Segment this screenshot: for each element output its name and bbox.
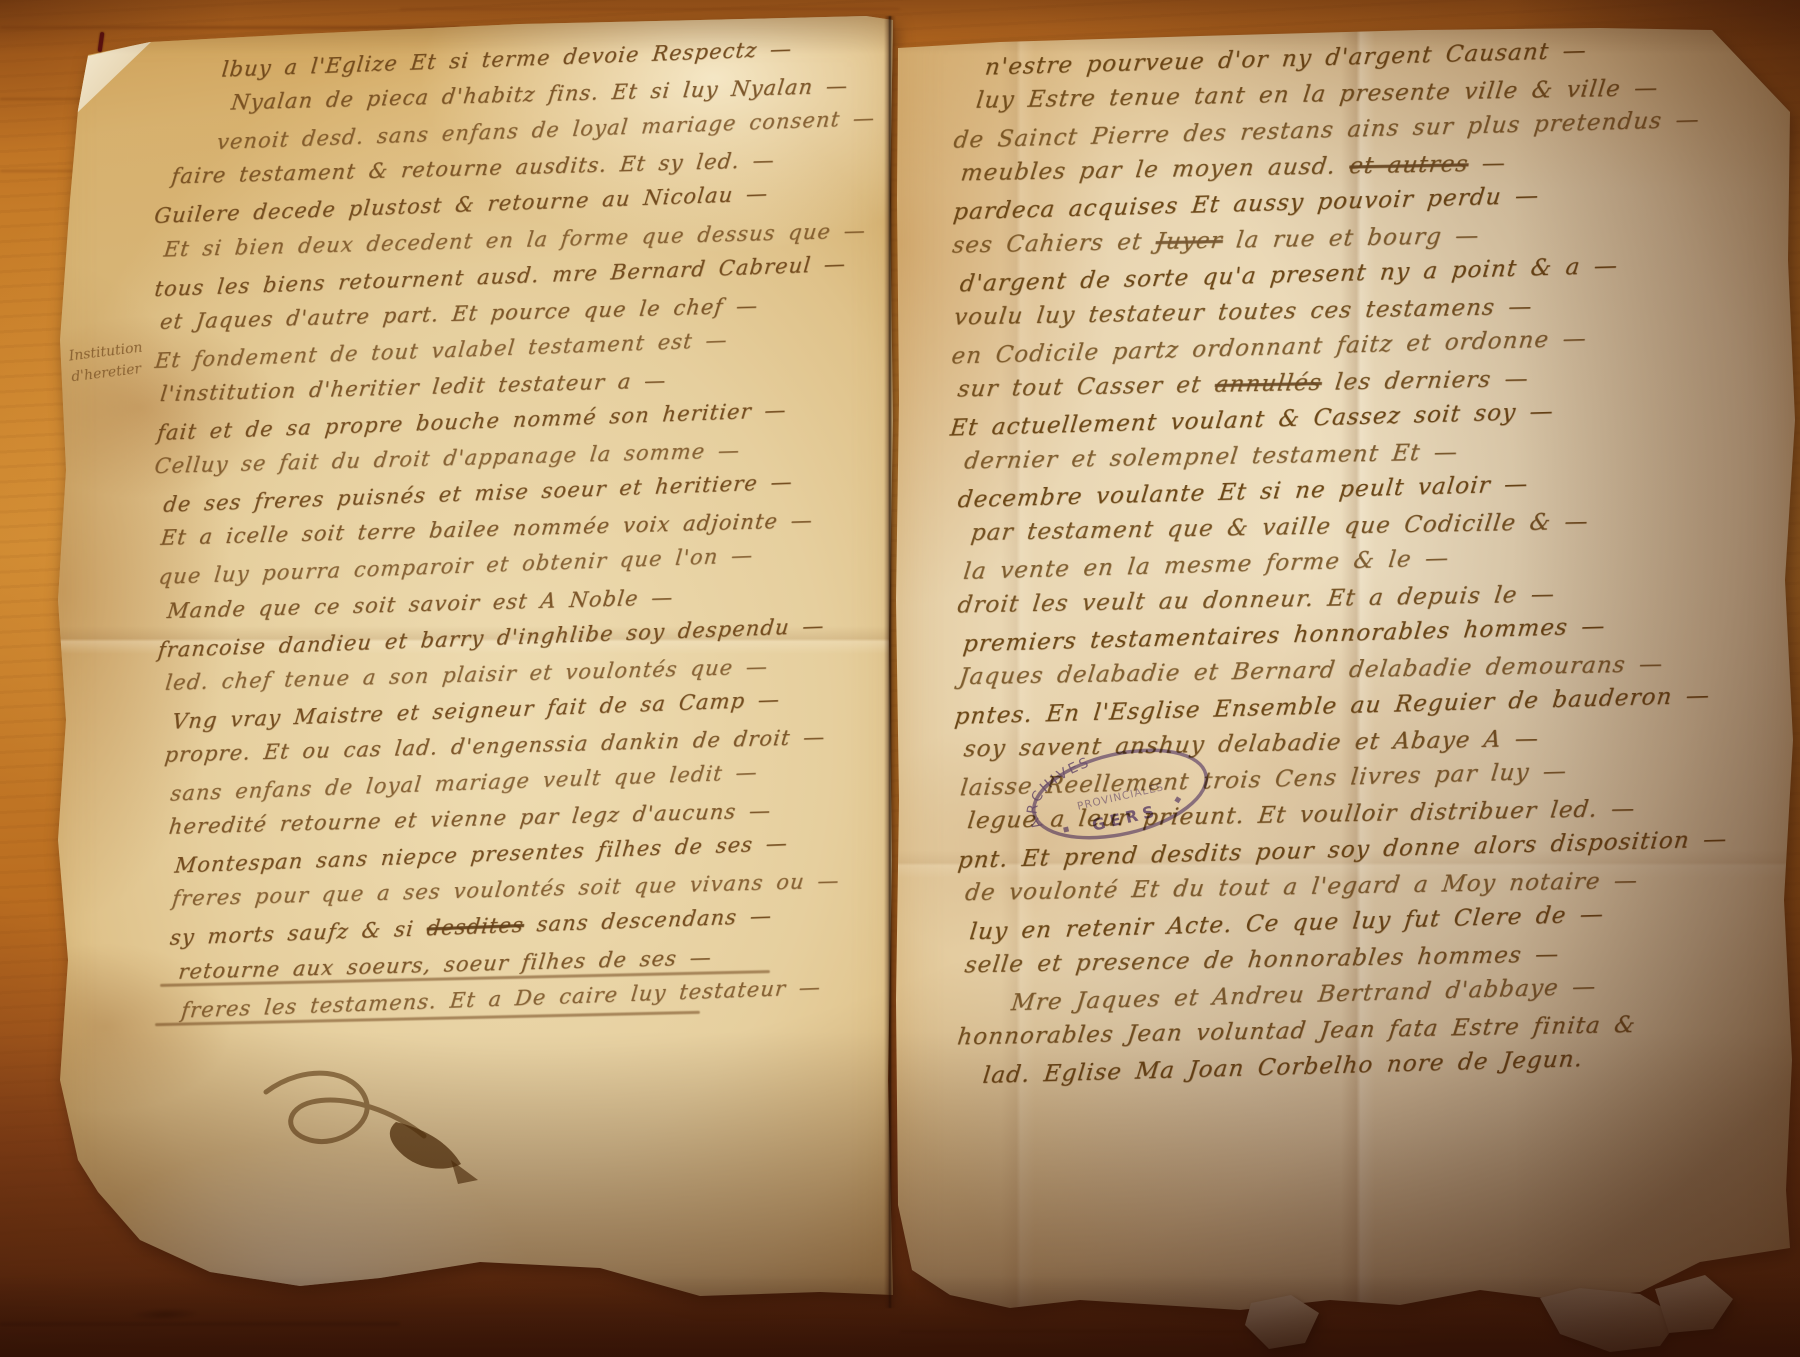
handwriting-line: de voulonté Et du tout a l'egard a Moy n… — [964, 870, 1640, 905]
torn-paper-flap — [1245, 1295, 1325, 1351]
handwriting-line: honnorables Jean voluntad Jean fata Estr… — [956, 1014, 1637, 1049]
crossed-out-text: annullés — [1213, 370, 1323, 398]
handwriting-line: voulu luy testateur toutes ces testamens… — [953, 296, 1534, 330]
handwriting-line: d'argent de sorte qu'a present ny a poin… — [959, 255, 1620, 296]
crossed-out-text: Juyer — [1154, 228, 1224, 255]
crossed-out-text: desdites — [425, 913, 525, 941]
page-gap — [884, 16, 896, 1308]
archive-stamp: ARCHIVES PROVINCIALES GERS — [1021, 740, 1219, 848]
handwriting-line: faire testament & retourne ausdits. Et s… — [170, 150, 776, 187]
handwriting-line: selle et presence de honnorables hommes … — [963, 944, 1560, 978]
handwriting-line: heredité retourne et vienne par legz d'a… — [168, 801, 773, 838]
handwriting-line: Et actuellement voulant & Cassez soit so… — [949, 401, 1555, 441]
handwriting-line: premiers testamentaires honnorables homm… — [962, 616, 1607, 657]
handwriting-line: n'estre pourveue d'or ny d'argent Causan… — [984, 40, 1588, 80]
handwriting-line: Nyalan de pieca d'habitz fins. Et si luy… — [230, 76, 849, 114]
handwriting-line: meubles par le moyen ausd. et autres — — [959, 153, 1507, 186]
handwriting-line: freres pour que a ses voulontés soit que… — [171, 871, 841, 910]
manuscript-photo: Institution d'heretier lbuy a l'Eglize E… — [0, 0, 1800, 1357]
handwriting-line: led. chef tenue a son plaisir et voulont… — [164, 657, 769, 694]
handwriting-line: en Codicile partz ordonnant faitz et ord… — [950, 328, 1588, 369]
handwriting-line: dernier et solempnel testament Et — — [963, 442, 1460, 474]
right-page: n'estre pourveue d'or ny d'argent Causan… — [893, 0, 1798, 1357]
handwriting-line: propre. Et ou cas lad. d'engenssia danki… — [163, 727, 826, 766]
handwriting-block-left: lbuy a l'Eglize Et si terme devoie Respe… — [44, 0, 941, 1333]
handwriting-line: Celluy se fait du droit d'appanage la so… — [153, 440, 741, 477]
handwriting-line: venoit desd. sans enfans de loyal mariag… — [216, 108, 876, 153]
handwriting-line: l'institution d'heritier ledit testateur… — [159, 370, 667, 405]
handwriting-line: sur tout Casser et annullés les derniers… — [956, 368, 1530, 402]
wood-grain-streak — [400, 8, 900, 10]
torn-paper-flap — [1655, 1275, 1735, 1335]
handwriting-line: par testament que & vaille que Codicille… — [970, 511, 1590, 545]
handwriting-line: et Jaques d'autre part. Et pource que le… — [159, 296, 759, 333]
handwriting-line: luy en retenir Acte. Ce que luy fut Cler… — [968, 904, 1605, 945]
handwriting-line: fait et de sa propre bouche nommé son he… — [156, 400, 788, 444]
handwriting-line: Montespan sans niepce presentes filhes d… — [174, 833, 789, 877]
right-page-paper: n'estre pourveue d'or ny d'argent Causan… — [893, 0, 1798, 1357]
handwriting-line: Mande que ce soit savoir est A Noble — — [166, 587, 675, 622]
handwriting-line: decembre voulante Et si ne peult valoir … — [956, 473, 1529, 512]
handwriting-line: Et a icelle soit terre bailee nommée voi… — [160, 510, 814, 549]
handwriting-line: de ses freres puisnés et mise soeur et h… — [162, 472, 794, 516]
left-page-paper: Institution d'heretier lbuy a l'Eglize E… — [46, 12, 902, 1330]
crossed-out-text: et autres — [1348, 151, 1470, 179]
handwriting-line: Guilere decede plustost & retourne au Ni… — [153, 183, 769, 227]
handwriting-line: que luy pourra comparoir et obtenir que … — [158, 545, 755, 588]
ink-blot — [246, 1052, 486, 1212]
handwriting-line: droit les veult au donneur. Et a depuis … — [956, 584, 1556, 618]
handwriting-line: pardeca acquises Et aussy pouvoir perdu … — [952, 185, 1540, 224]
handwriting-line: sans enfans de loyal mariage veult que l… — [169, 762, 758, 805]
handwriting-line: francoise dandieu et barry d'inghlibe so… — [157, 616, 826, 662]
handwriting-line: de Sainct Pierre des restans ains sur pl… — [952, 109, 1701, 153]
handwriting-line: Vng vray Maistre et seigneur fait de sa … — [171, 689, 781, 732]
handwriting-line: la vente en la mesme forme & le — — [962, 547, 1450, 584]
handwriting-block-right: n'estre pourveue d'or ny d'argent Causan… — [892, 0, 1800, 1357]
handwriting-line: lbuy a l'Eglize Et si terme devoie Respe… — [221, 39, 794, 81]
handwriting-line: Mre Jaques et Andreu Bertrand d'abbaye — — [1010, 976, 1598, 1015]
handwriting-line: lad. Eglise Ma Joan Corbelho nore de Jeg… — [982, 1048, 1585, 1088]
handwriting-line: ses Cahiers et Juyer la rue et bourg — — [951, 225, 1481, 258]
left-page: Institution d'heretier lbuy a l'Eglize E… — [46, 12, 902, 1330]
handwriting-line: sy morts saufz & si desdites sans descen… — [169, 906, 773, 949]
handwriting-line: luy Estre tenue tant en la presente vill… — [975, 77, 1660, 113]
handwriting-line: Jaques delabadie et Bernard delabadie de… — [958, 653, 1665, 689]
handwriting-line: Et fondement de tout valabel testament e… — [154, 330, 729, 372]
handwriting-line: pntes. En l'Esglise Ensemble au Reguier … — [953, 685, 1711, 729]
